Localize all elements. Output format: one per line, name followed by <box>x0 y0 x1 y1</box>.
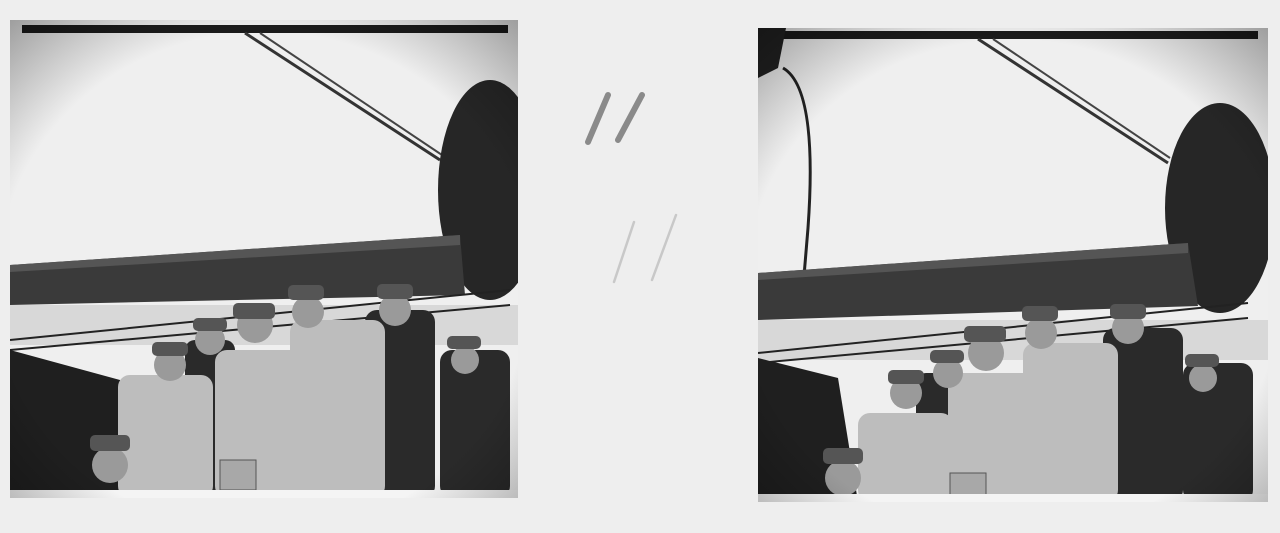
left-stereo-frame <box>10 20 518 498</box>
handwritten-plate-number: 11 11 <box>560 70 720 310</box>
left-photo <box>10 20 518 498</box>
right-photo <box>758 28 1268 502</box>
right-stereo-frame <box>758 28 1268 502</box>
stereo-card: 11 11 <box>0 0 1280 533</box>
